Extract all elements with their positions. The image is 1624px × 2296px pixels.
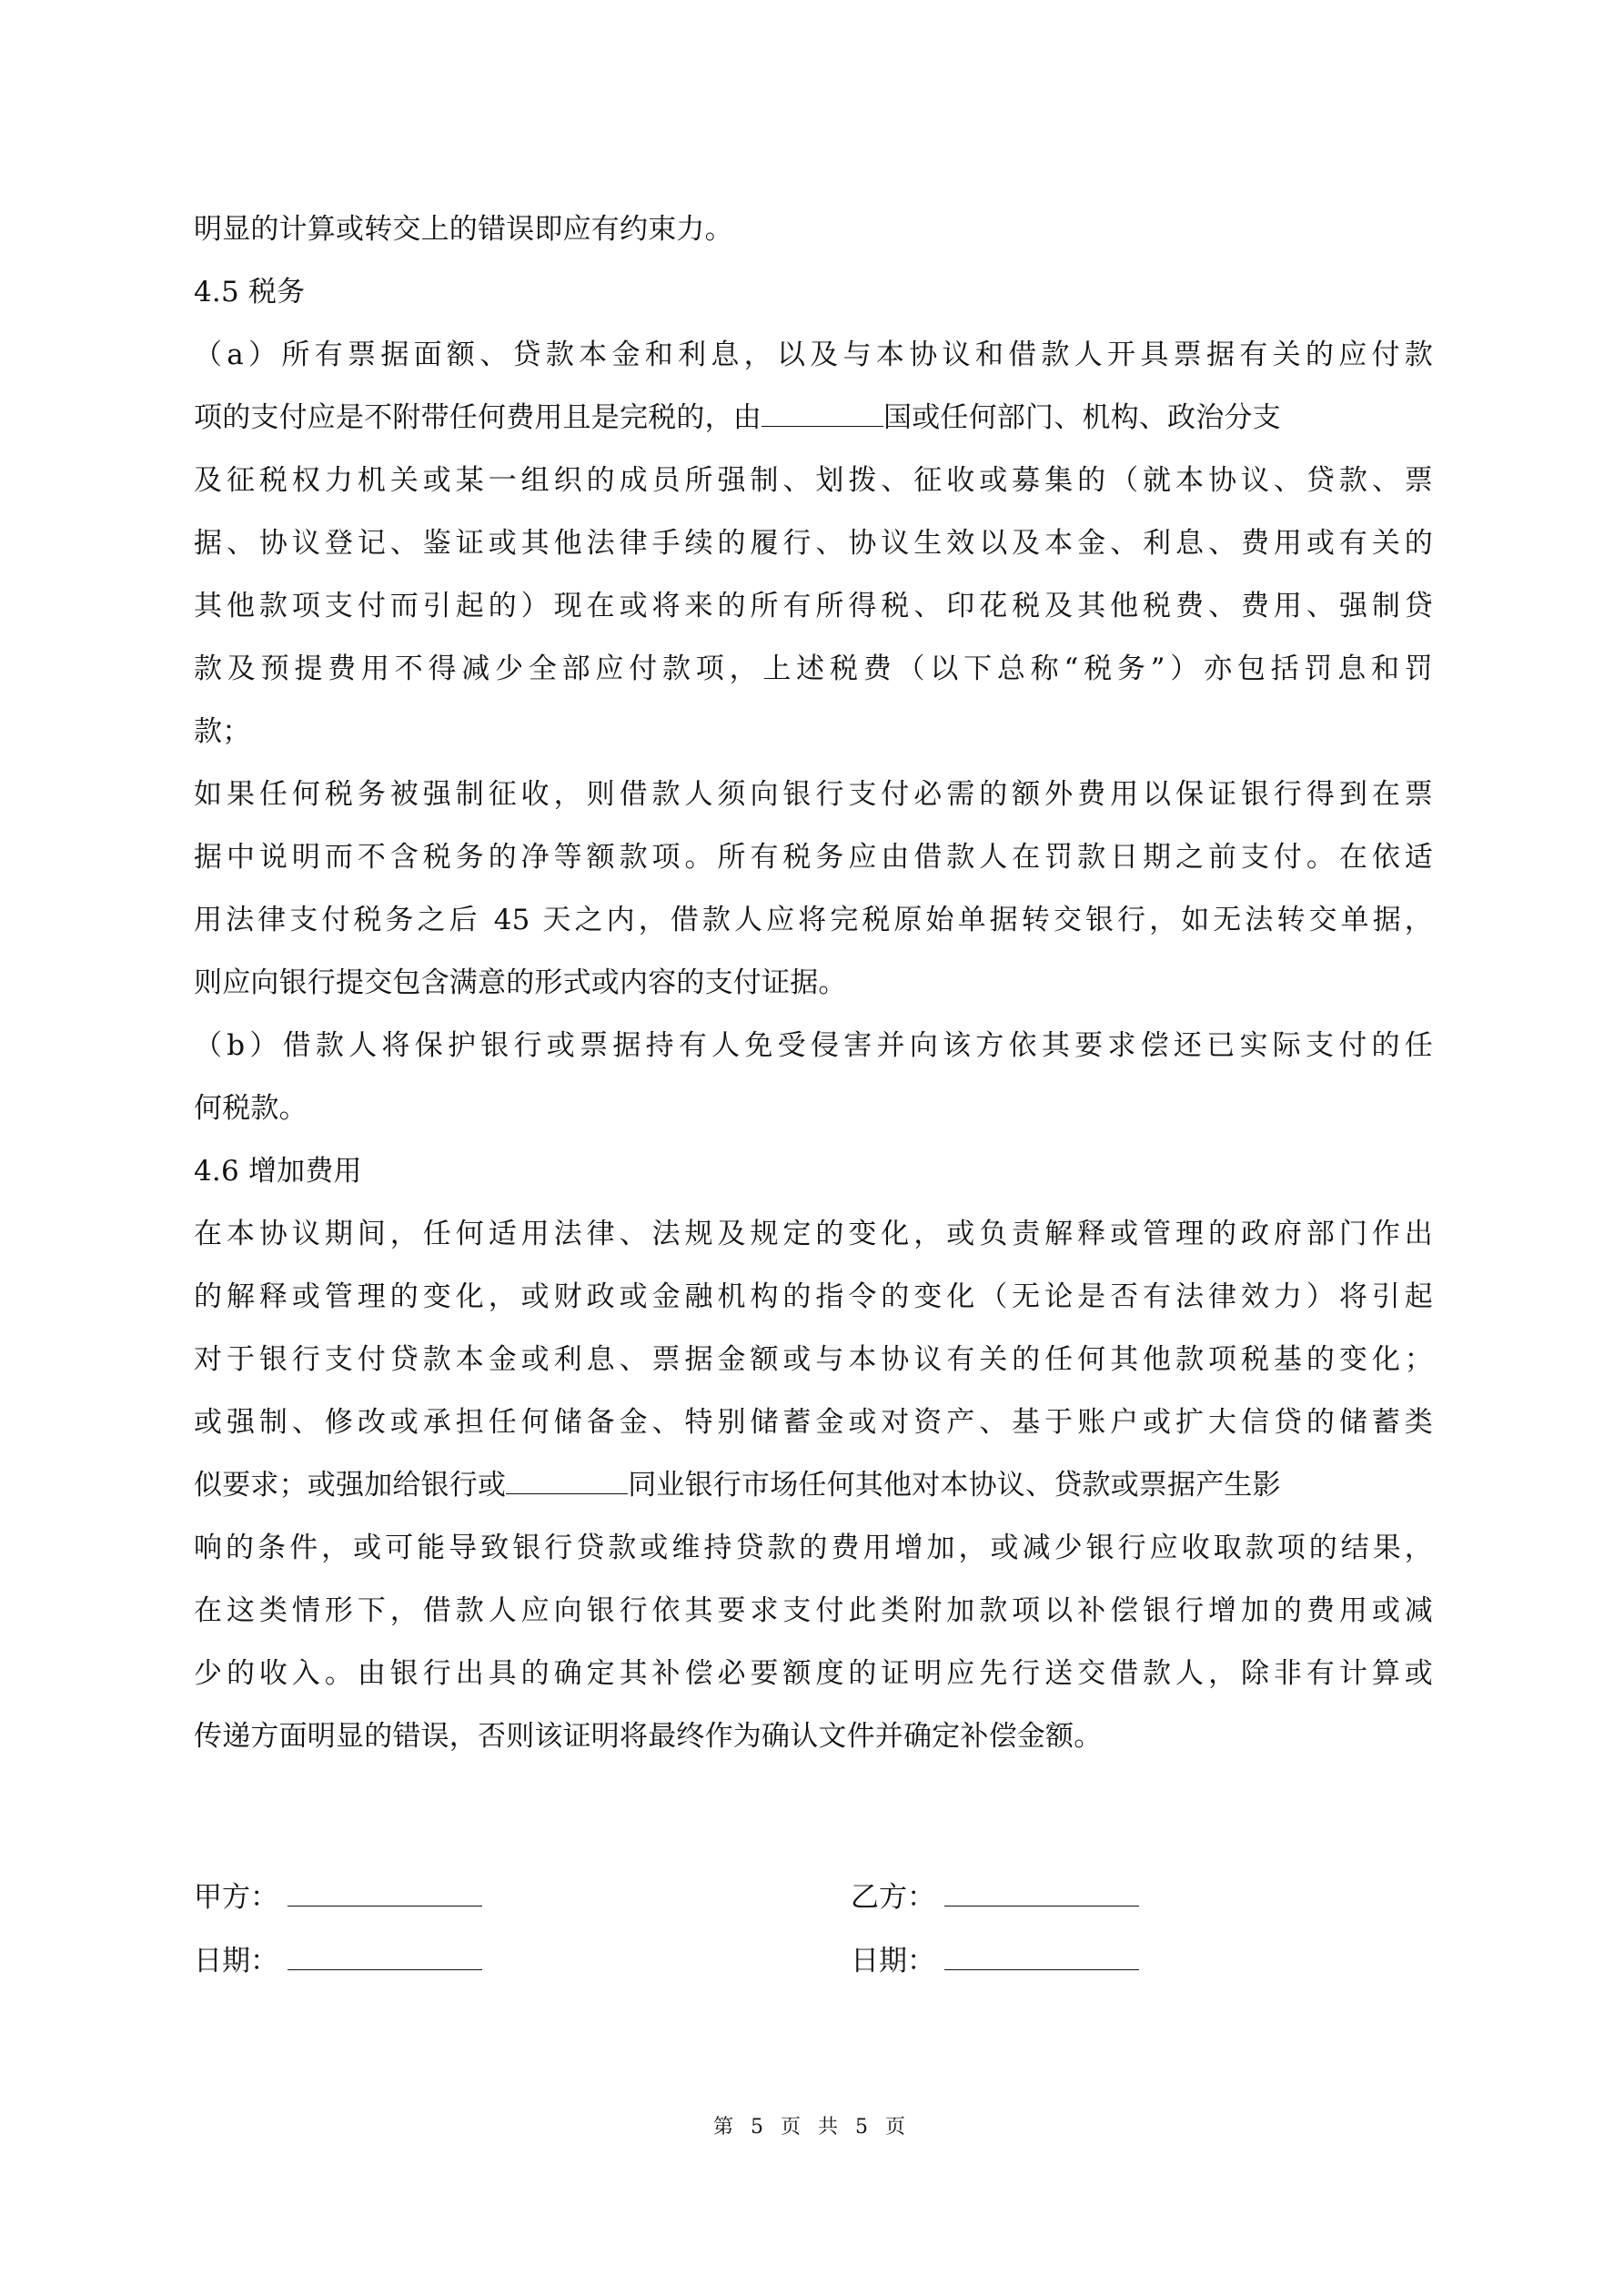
line-text: 款及预提费用不得减少全部应付款项，上述税费（以下总称“税务”）亦包括罚息和罚 [194,652,1433,685]
page-number-indicator: 第 5 页 共 5 页 [713,2116,911,2139]
party-a-label: 甲方： [194,1881,278,1914]
paragraph-line: 少的收入。由银行出具的确定其补偿必要额度的证明应先行送交借款人，除非有计算或 [194,1643,1433,1705]
signature-block: 甲方： 乙方： 日期： 日期： [194,1866,1433,1993]
date-b-field[interactable] [944,1942,1139,1970]
paragraph-line-with-blank: 似要求；或强加给银行或同业银行市场任何其他对本协议、贷款或票据产生影 [194,1454,1433,1517]
page-footer: 第 5 页 共 5 页 [0,2109,1624,2146]
paragraph-line: 其他款项支付而引起的）现在或将来的所有所得税、印花税及其他税费、费用、强制贷 [194,575,1433,638]
party-a-signature: 甲方： [194,1866,482,1929]
date-a-label: 日期： [194,1945,278,1977]
paragraph-line: 明显的计算或转交上的错误即应有约束力。 [194,198,1433,261]
paragraph-line: 对于银行支付贷款本金或利息、票据金额或与本协议有关的任何其他款项税基的变化； [194,1329,1433,1391]
party-a-date: 日期： [194,1929,482,1993]
paragraph-line: 的解释或管理的变化，或财政或金融机构的指令的变化（无论是否有法律效力）将引起 [194,1266,1433,1329]
paragraph-line-with-blank: 项的支付应是不附带任何费用且是完税的，由国或任何部门、机构、政治分支 [194,387,1433,450]
line-text: 在本协议期间，任何适用法律、法规及规定的变化，或负责解释或管理的政府部门作出 [194,1218,1433,1250]
document-body: 明显的计算或转交上的错误即应有约束力。 4.5 税务 （a）所有票据面额、贷款本… [194,198,1433,1768]
line-text: 据、协议登记、鉴证或其他法律手续的履行、协议生效以及本金、利息、费用或有关的 [194,527,1433,560]
line-text: （b）借款人将保护银行或票据持有人免受侵害并向该方依其要求偿还已实际支付的任 [194,1029,1433,1062]
line-text: 似要求；或强加给银行或 [194,1469,506,1502]
paragraph-line: 传递方面明显的错误，否则该证明将最终作为确认文件并确定补偿金额。 [194,1705,1433,1768]
line-text: 或强制、修改或承担任何储备金、特别储蓄金或对资产、基于账户或扩大信贷的储蓄类 [194,1406,1433,1439]
party-b-signature: 乙方： [851,1866,1139,1929]
paragraph-line: 据、协议登记、鉴证或其他法律手续的履行、协议生效以及本金、利息、费用或有关的 [194,512,1433,575]
paragraph-line: 在这类情形下，借款人应向银行依其要求支付此类附加款项以补偿银行增加的费用或减 [194,1580,1433,1643]
paragraph-line: 何税款。 [194,1077,1433,1140]
party-a-field[interactable] [287,1878,482,1907]
fill-in-blank-country[interactable] [762,399,883,427]
section-heading-4-5: 4.5 税务 [194,261,1433,324]
paragraph-line: 则应向银行提交包含满意的形式或内容的支付证据。 [194,952,1433,1015]
paragraph-line: （a）所有票据面额、贷款本金和利息，以及与本协议和借款人开具票据有关的应付款 [194,324,1433,387]
line-text: 对于银行支付贷款本金或利息、票据金额或与本协议有关的任何其他款项税基的变化； [194,1343,1433,1376]
line-text: 款； [194,715,250,748]
line-text: 则应向银行提交包含满意的形式或内容的支付证据。 [194,966,847,999]
paragraph-line: 响的条件，或可能导致银行贷款或维持贷款的费用增加，或减少银行应收取款项的结果， [194,1517,1433,1580]
paragraph-line: 据中说明而不含税务的净等额款项。所有税务应由借款人在罚款日期之前支付。在依适 [194,826,1433,889]
paragraph-line: 款及预提费用不得减少全部应付款项，上述税费（以下总称“税务”）亦包括罚息和罚 [194,638,1433,701]
paragraph-line: 在本协议期间，任何适用法律、法规及规定的变化，或负责解释或管理的政府部门作出 [194,1203,1433,1266]
party-b-date: 日期： [851,1929,1139,1993]
line-text: 的解释或管理的变化，或财政或金融机构的指令的变化（无论是否有法律效力）将引起 [194,1280,1433,1313]
line-text: 少的收入。由银行出具的确定其补偿必要额度的证明应先行送交借款人，除非有计算或 [194,1657,1433,1690]
line-text: 明显的计算或转交上的错误即应有约束力。 [194,213,733,246]
paragraph-line: （b）借款人将保护银行或票据持有人免受侵害并向该方依其要求偿还已实际支付的任 [194,1015,1433,1077]
line-text: 传递方面明显的错误，否则该证明将最终作为确认文件并确定补偿金额。 [194,1720,1102,1753]
document-page: 明显的计算或转交上的错误即应有约束力。 4.5 税务 （a）所有票据面额、贷款本… [0,0,1624,2296]
paragraph-line: 款； [194,701,1433,764]
paragraph-line: 或强制、修改或承担任何储备金、特别储蓄金或对资产、基于账户或扩大信贷的储蓄类 [194,1391,1433,1454]
line-text: 国或任何部门、机构、政治分支 [883,401,1281,434]
line-text: 据中说明而不含税务的净等额款项。所有税务应由借款人在罚款日期之前支付。在依适 [194,841,1433,874]
signature-row-parties: 甲方： 乙方： [194,1866,1433,1929]
heading-text: 4.5 税务 [194,276,305,308]
line-text: 同业银行市场任何其他对本协议、贷款或票据产生影 [628,1469,1281,1502]
line-text: 及征税权力机关或某一组织的成员所强制、划拨、征收或募集的（就本协议、贷款、票 [194,464,1433,497]
paragraph-line: 用法律支付税务之后 45 天之内，借款人应将完税原始单据转交银行，如无法转交单据… [194,889,1433,952]
line-text: 项的支付应是不附带任何费用且是完税的，由 [194,401,762,434]
date-a-field[interactable] [287,1942,482,1970]
party-b-field[interactable] [944,1878,1139,1907]
line-text: （a）所有票据面额、贷款本金和利息，以及与本协议和借款人开具票据有关的应付款 [194,339,1433,371]
paragraph-line: 如果任何税务被强制征收，则借款人须向银行支付必需的额外费用以保证银行得到在票 [194,764,1433,826]
line-text: 响的条件，或可能导致银行贷款或维持贷款的费用增加，或减少银行应收取款项的结果， [194,1532,1433,1564]
fill-in-blank-market[interactable] [506,1466,628,1494]
line-text: 在这类情形下，借款人应向银行依其要求支付此类附加款项以补偿银行增加的费用或减 [194,1594,1433,1627]
line-text: 何税款。 [194,1092,308,1125]
party-b-label: 乙方： [851,1881,935,1914]
date-b-label: 日期： [851,1945,935,1977]
line-text: 用法律支付税务之后 45 天之内，借款人应将完税原始单据转交银行，如无法转交单据… [194,904,1433,936]
line-text: 如果任何税务被强制征收，则借款人须向银行支付必需的额外费用以保证银行得到在票 [194,778,1433,811]
section-heading-4-6: 4.6 增加费用 [194,1140,1433,1203]
paragraph-line: 及征税权力机关或某一组织的成员所强制、划拨、征收或募集的（就本协议、贷款、票 [194,450,1433,512]
line-text: 其他款项支付而引起的）现在或将来的所有所得税、印花税及其他税费、费用、强制贷 [194,590,1433,622]
signature-row-dates: 日期： 日期： [194,1929,1433,1993]
heading-text: 4.6 增加费用 [194,1155,362,1188]
